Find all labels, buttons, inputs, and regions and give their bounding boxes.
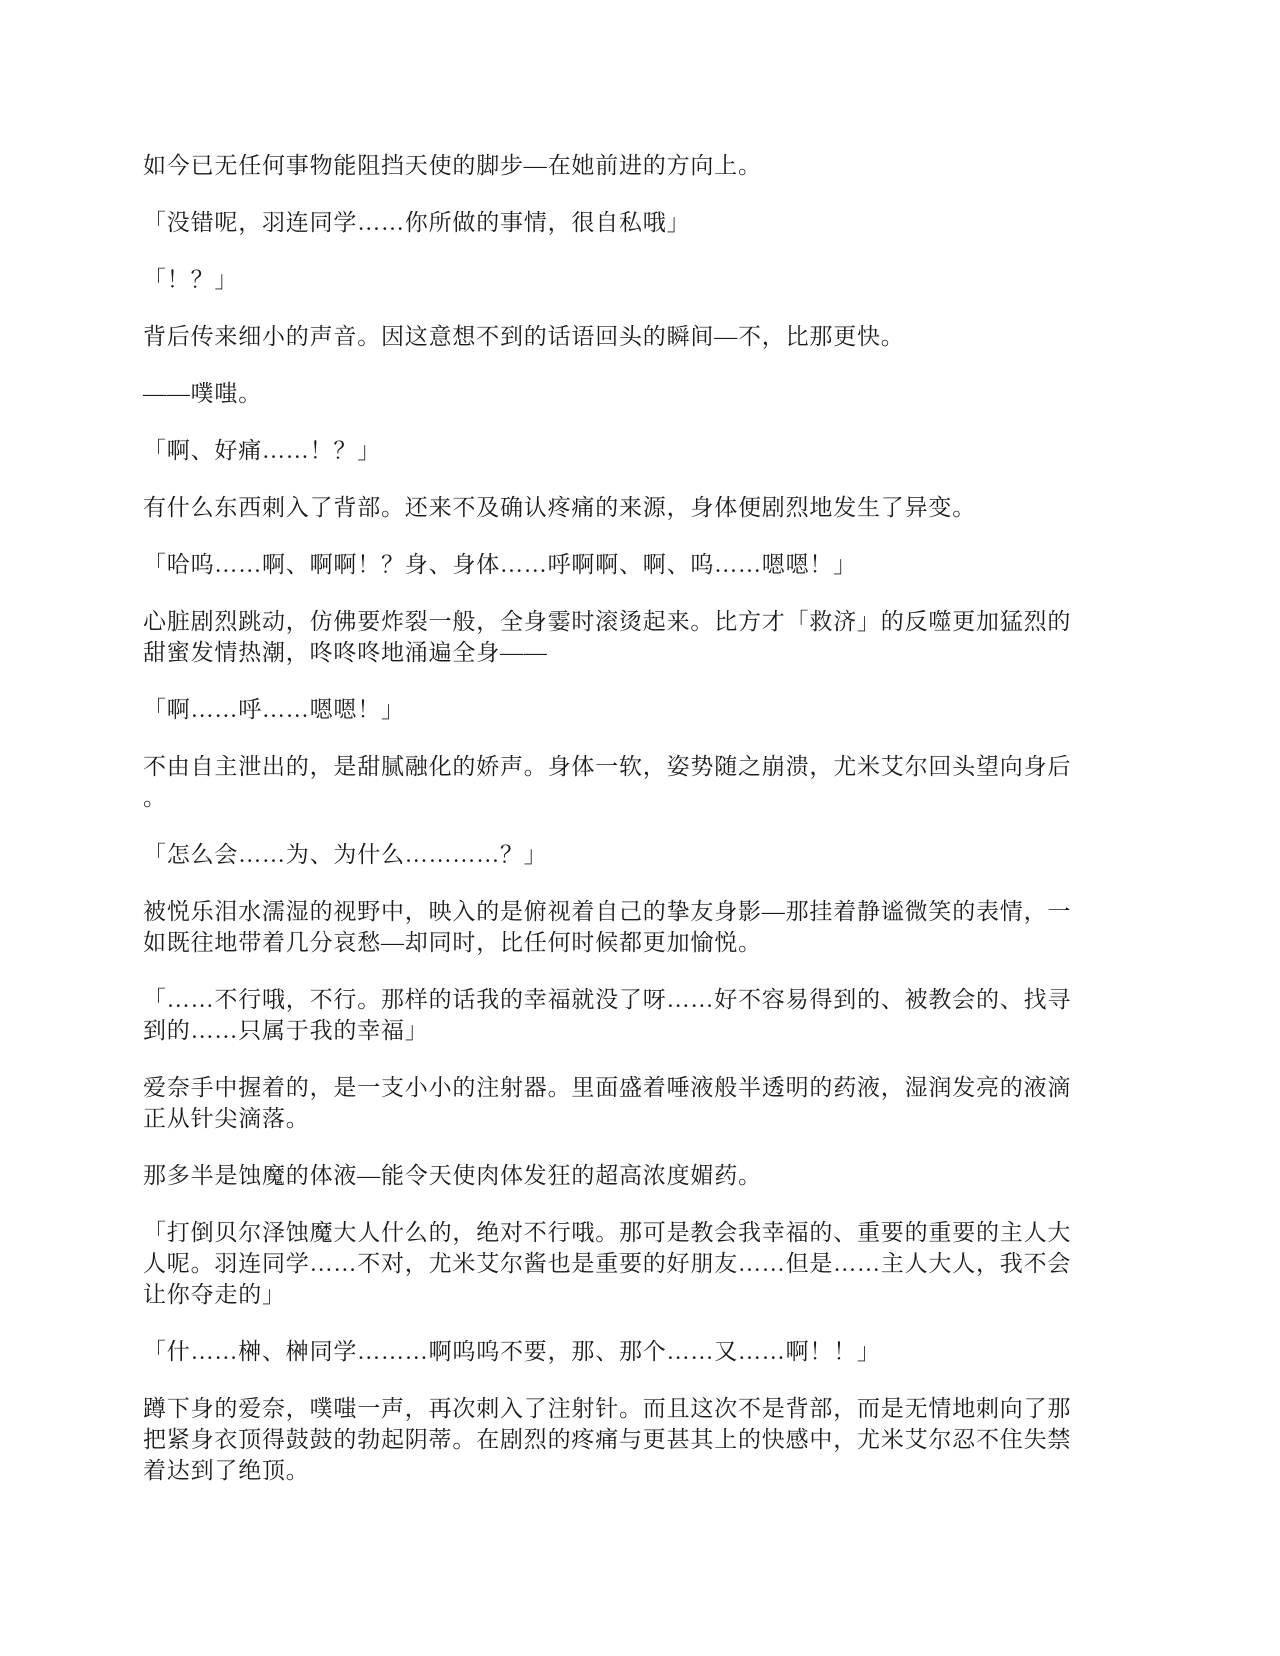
paragraph: 「怎么会……为、为什么…………？」 (143, 839, 1074, 870)
paragraph: 蹲下身的爱奈，噗嗤一声，再次刺入了注射针。而且这次不是背部，而是无情地刺向了那把… (143, 1393, 1074, 1486)
paragraph: 「！？」 (143, 264, 1074, 295)
novel-page: 如今已无任何事物能阻挡天使的脚步—在她前进的方向上。「没错呢，羽连同学……你所做… (0, 0, 1280, 1656)
paragraph: 「没错呢，羽连同学……你所做的事情，很自私哦」 (143, 207, 1074, 238)
paragraph: 「啊……呼……嗯嗯！」 (143, 694, 1074, 725)
paragraph: 不由自主泄出的，是甜腻融化的娇声。身体一软，姿势随之崩溃，尤米艾尔回头望向身后。 (143, 751, 1074, 813)
paragraph: 那多半是蚀魔的体液—能令天使肉体发狂的超高浓度媚药。 (143, 1160, 1074, 1191)
paragraph: 「什……榊、榊同学………啊呜呜不要，那、那个……又……啊！！」 (143, 1336, 1074, 1367)
paragraph: 被悦乐泪水濡湿的视野中，映入的是俯视着自己的挚友身影—那挂着静谧微笑的表情，一如… (143, 896, 1074, 958)
paragraph: 心脏剧烈跳动，仿佛要炸裂一般，全身霎时滚烫起来。比方才「救济」的反噬更加猛烈的甜… (143, 606, 1074, 668)
novel-text-block: 如今已无任何事物能阻挡天使的脚步—在她前进的方向上。「没错呢，羽连同学……你所做… (143, 150, 1074, 1486)
paragraph: 有什么东西刺入了背部。还来不及确认疼痛的来源，身体便剧烈地发生了异变。 (143, 492, 1074, 523)
paragraph: 爱奈手中握着的，是一支小小的注射器。里面盛着唾液般半透明的药液，湿润发亮的液滴正… (143, 1072, 1074, 1134)
paragraph: 如今已无任何事物能阻挡天使的脚步—在她前进的方向上。 (143, 150, 1074, 181)
paragraph: 「……不行哦，不行。那样的话我的幸福就没了呀……好不容易得到的、被教会的、找寻到… (143, 984, 1074, 1046)
paragraph: 背后传来细小的声音。因这意想不到的话语回头的瞬间—不，比那更快。 (143, 321, 1074, 352)
paragraph: ——噗嗤。 (143, 378, 1074, 409)
paragraph: 「啊、好痛……！？」 (143, 435, 1074, 466)
paragraph: 「哈呜……啊、啊啊！？身、身体……呼啊啊、啊、呜……嗯嗯！」 (143, 549, 1074, 580)
paragraph: 「打倒贝尔泽蚀魔大人什么的，绝对不行哦。那可是教会我幸福的、重要的重要的主人大人… (143, 1217, 1074, 1310)
